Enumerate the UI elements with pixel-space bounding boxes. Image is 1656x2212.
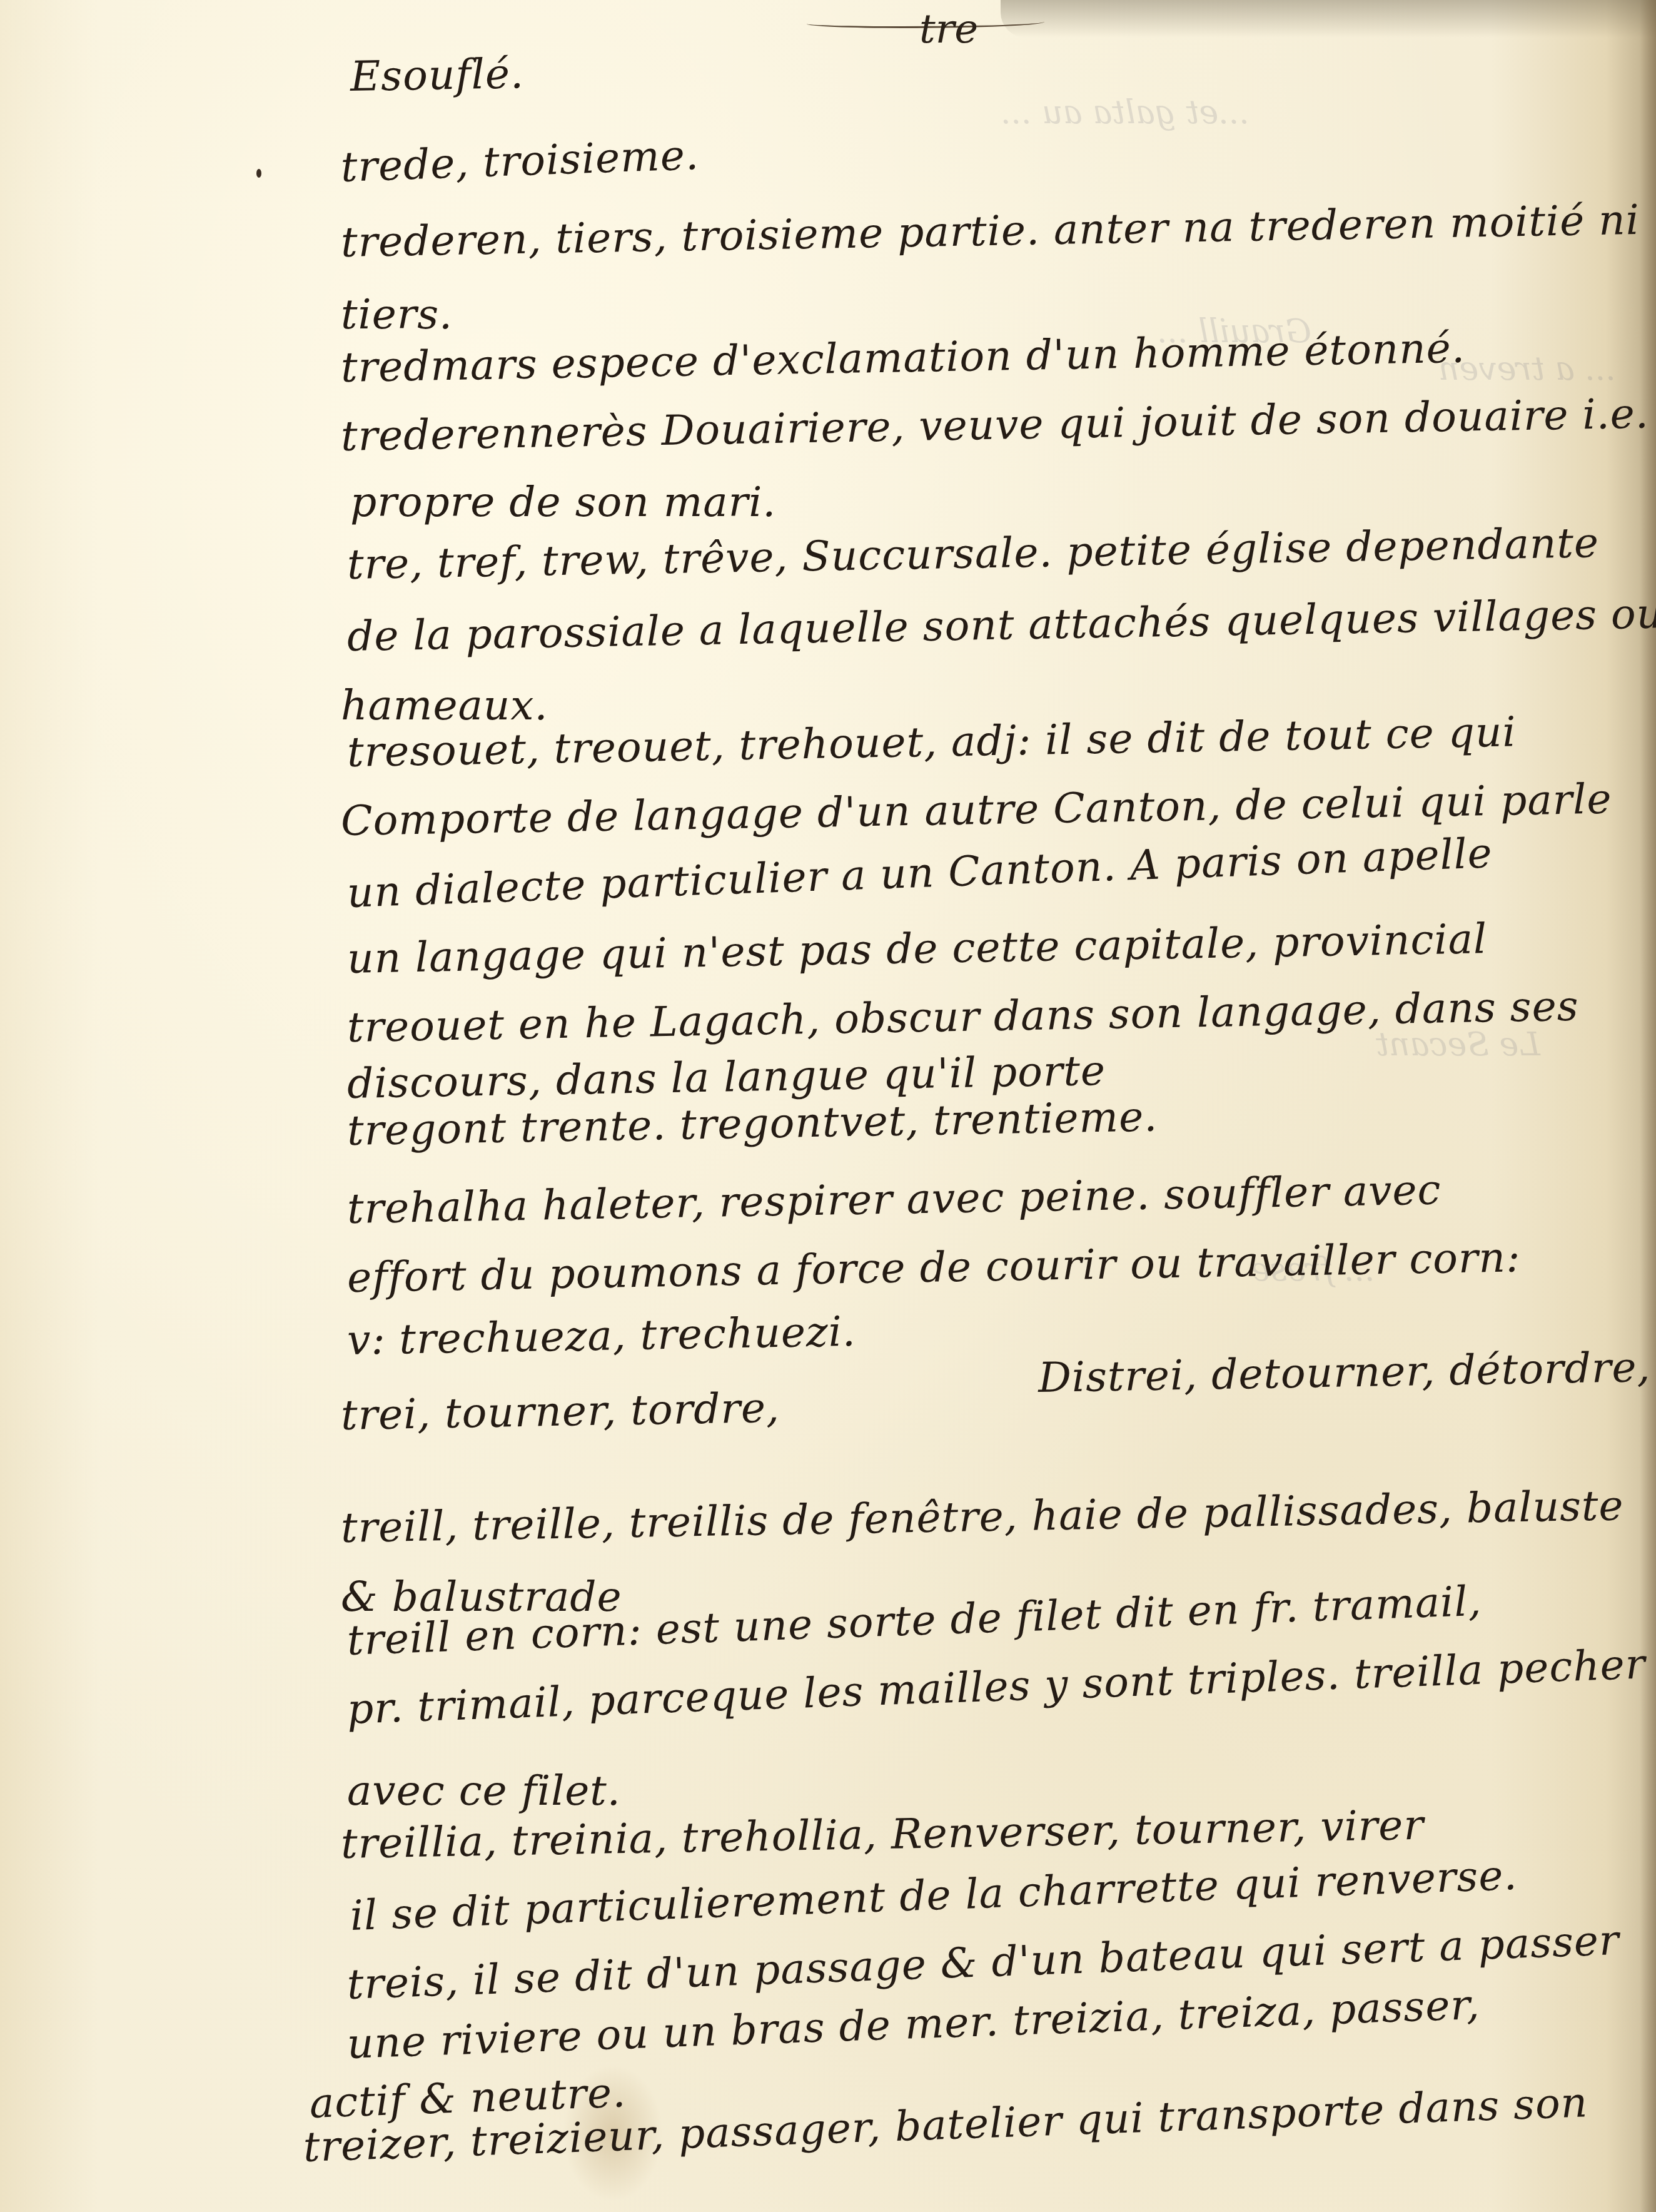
manuscript-line: un langage qui n'est pas de cette capita… [346, 918, 1487, 980]
manuscript-line: tredmars espece d'exclamation d'un homme… [340, 328, 1465, 388]
manuscript-line: trederen, tiers, troisieme partie. anter… [340, 200, 1640, 263]
manuscript-line: Esouflé. [350, 53, 524, 98]
manuscript-line: tre, tref, trew, trêve, Succursale. peti… [346, 522, 1599, 586]
manuscript-line: tiers. [341, 294, 453, 335]
manuscript-page: ...et galta au ...Grauill ...... a treve… [0, 0, 1656, 2212]
manuscript-line: avec ce filet. [347, 1770, 621, 1812]
manuscript-line: il se dit particulierement de la charret… [350, 1855, 1518, 1937]
manuscript-line: trehalha haleter, respirer avec peine. s… [346, 1169, 1441, 1230]
manuscript-line: un dialecte particulier a un Canton. A p… [346, 833, 1493, 914]
manuscript-line: propre de son mari. [350, 482, 776, 523]
manuscript-line: effort du poumons a force de courir ou t… [346, 1237, 1520, 1299]
manuscript-line: hameaux. [341, 685, 548, 726]
manuscript-line: tregont trente. tregontvet, trentieme. [346, 1096, 1158, 1152]
manuscript-line: trei, tourner, tordre, [340, 1388, 780, 1436]
margin-mark [256, 169, 261, 178]
page-binding-edge [1640, 0, 1656, 2212]
manuscript-line: treill, treille, treillis de fenêtre, ha… [340, 1485, 1624, 1549]
manuscript-line: trederennerès Douairiere, veuve qui joui… [340, 389, 1656, 457]
page-top-shadow [1001, 0, 1656, 38]
manuscript-line: trede, troisieme. [340, 134, 700, 188]
manuscript-line: v: trechueza, trechuezi. [346, 1311, 856, 1361]
bleed-through-text: ...et galta au ... [1001, 94, 1250, 131]
running-head: tre [919, 6, 978, 53]
manuscript-line: de la parossiale a laquelle sont attaché… [346, 593, 1656, 657]
manuscript-line: Distrei, detourner, détordre, [1038, 1347, 1651, 1399]
